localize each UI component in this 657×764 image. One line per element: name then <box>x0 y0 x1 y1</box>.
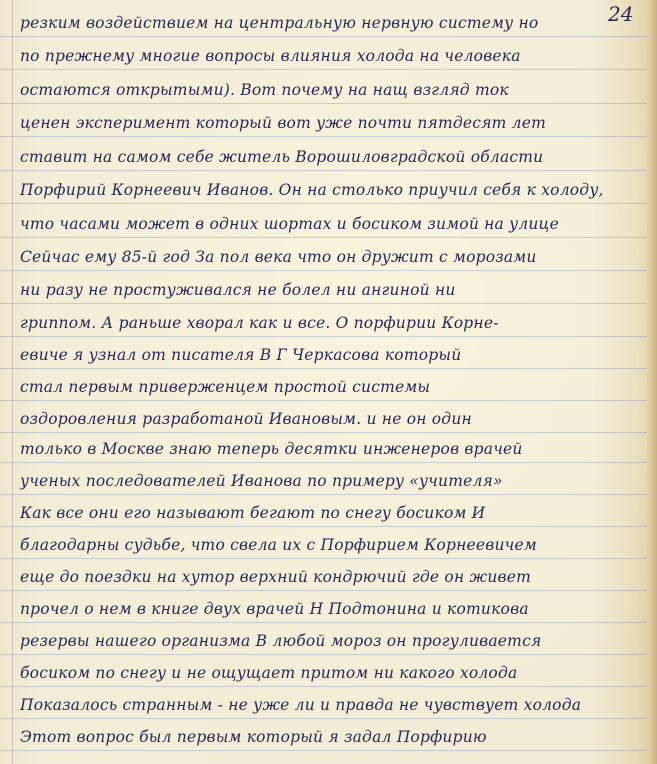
ruled-line <box>0 368 649 369</box>
ruled-line <box>0 270 649 271</box>
text-line: Сейчас ему 85-й год За пол века что он д… <box>20 248 643 266</box>
text-line: стал первым приверженцем простой системы <box>20 378 643 396</box>
text-line: по прежнему многие вопросы влияния холод… <box>20 47 643 65</box>
ruled-line <box>0 237 649 238</box>
ruled-line <box>0 622 649 623</box>
text-line: Порфирий Корнеевич Иванов. Он на столько… <box>20 181 643 199</box>
ruled-line <box>0 69 649 70</box>
ruled-line <box>0 718 649 719</box>
text-line: ученых последователей Иванова по примеру… <box>20 472 643 490</box>
text-line: босиком по снегу и не ощущает притом ни … <box>20 664 643 682</box>
ruled-line <box>0 400 649 401</box>
text-line: Как все они его называют бегают по снегу… <box>20 504 643 522</box>
text-line: резким воздействием на центральную нервн… <box>20 14 643 32</box>
text-line: гриппом. А раньше хворал как и все. О по… <box>20 314 643 332</box>
ruled-line <box>0 494 649 495</box>
ruled-line <box>0 170 649 171</box>
text-line: что часами может в одних шортах и босико… <box>20 215 643 233</box>
text-line: Этот вопрос был первым который я задал П… <box>20 728 643 746</box>
ruled-line <box>0 36 649 37</box>
ruled-line <box>0 432 649 433</box>
text-line: только в Москве знаю теперь десятки инже… <box>20 440 643 458</box>
text-line: ставит на самом себе житель Ворошиловгра… <box>20 148 643 166</box>
text-line: еще до поездки на хутор верхний кондрючи… <box>20 568 643 586</box>
text-line: остаются открытыми). Вот почему на нащ в… <box>20 81 643 99</box>
notebook-page: 24 резким воздействием на центральную не… <box>0 0 657 764</box>
margin-line <box>12 0 13 764</box>
page-edge <box>647 0 657 764</box>
text-line: ценен эксперимент который вот уже почти … <box>20 114 643 132</box>
ruled-line <box>0 203 649 204</box>
text-line: оздоровления разработаной Ивановым. и не… <box>20 410 643 428</box>
ruled-line <box>0 686 649 687</box>
text-line: ни разу не простуживался не болел ни анг… <box>20 281 643 299</box>
text-line: Показалось странным - не уже ли и правда… <box>20 696 643 714</box>
ruled-line <box>0 462 649 463</box>
ruled-line <box>0 336 649 337</box>
ruled-line <box>0 303 649 304</box>
ruled-line <box>0 526 649 527</box>
ruled-line <box>0 750 649 751</box>
ruled-line <box>0 103 649 104</box>
text-line: евиче я узнал от писателя В Г Черкасова … <box>20 346 643 364</box>
text-line: прочел о нем в книге двух врачей Н Подто… <box>20 600 643 618</box>
ruled-line <box>0 654 649 655</box>
text-line: благодарны судьбе, что свела их с Порфир… <box>20 536 643 554</box>
ruled-line <box>0 590 649 591</box>
ruled-line <box>0 136 649 137</box>
text-line: резервы нашего организма В любой мороз о… <box>20 632 643 650</box>
ruled-line <box>0 558 649 559</box>
